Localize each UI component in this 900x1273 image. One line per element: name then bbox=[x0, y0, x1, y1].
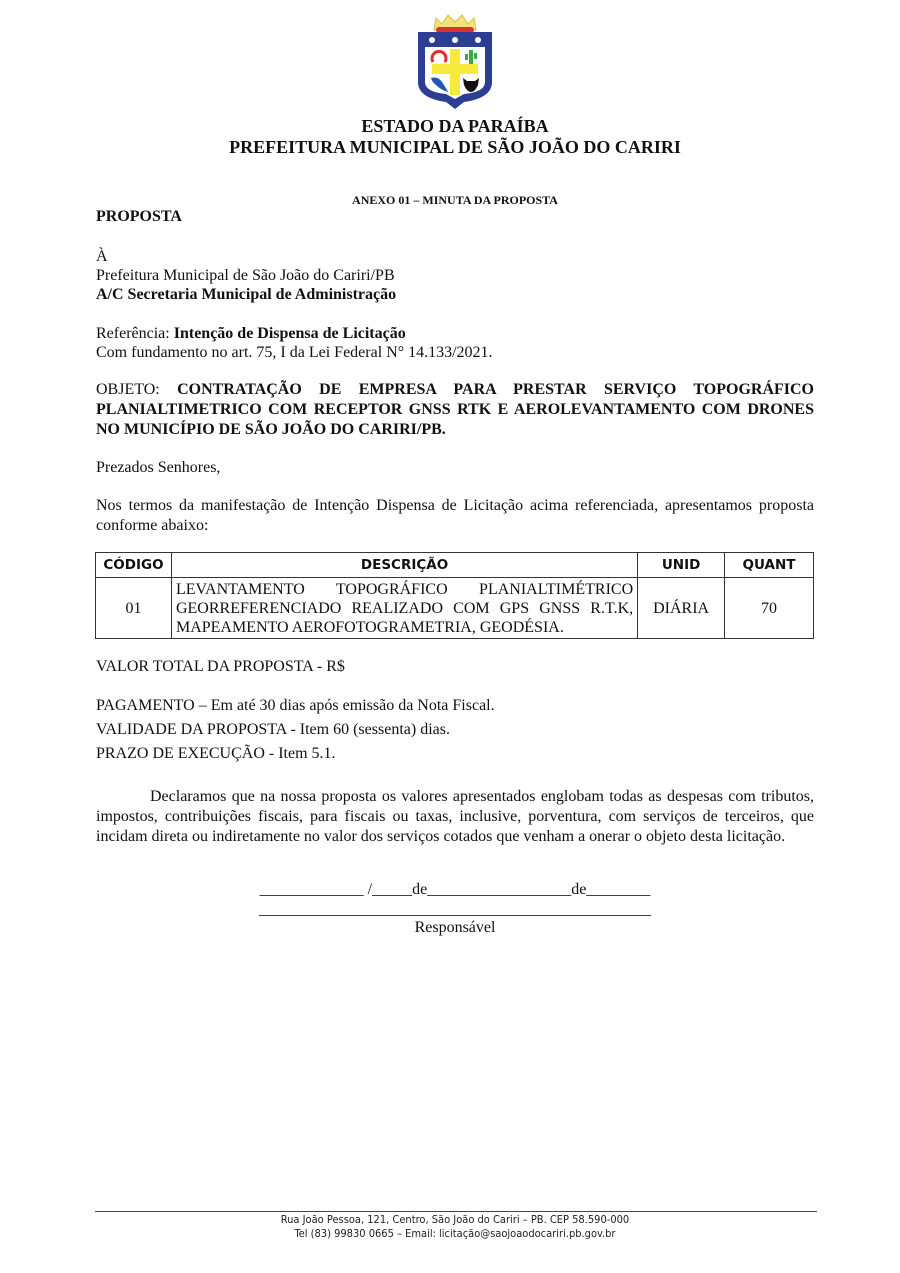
object-label: OBJETO: bbox=[96, 381, 177, 398]
cell-unit: DIÁRIA bbox=[638, 578, 725, 639]
table-header-row: CÓDIGO DESCRIÇÃO UNID QUANT bbox=[96, 553, 814, 578]
date-line: _____________ /_____de__________________… bbox=[0, 881, 900, 899]
municipality-title: PREFEITURA MUNICIPAL DE SÃO JOÃO DO CARI… bbox=[0, 137, 900, 157]
reference-line: Referência: Intenção de Dispensa de Lici… bbox=[96, 324, 406, 343]
column-header-unit: UNID bbox=[638, 553, 725, 578]
reference-value: Intenção de Dispensa de Licitação bbox=[174, 325, 406, 342]
intro-paragraph: Nos termos da manifestação de Intenção D… bbox=[96, 496, 814, 536]
legal-basis: Com fundamento no art. 75, I da Lei Fede… bbox=[96, 343, 493, 362]
items-table: CÓDIGO DESCRIÇÃO UNID QUANT 01 LEVANTAME… bbox=[95, 552, 814, 639]
table-row: 01 LEVANTAMENTO TOPOGRÁFICO PLANIALTIMÉT… bbox=[96, 578, 814, 639]
annex-title: ANEXO 01 – MINUTA DA PROPOSTA bbox=[0, 193, 900, 208]
column-header-description: DESCRIÇÃO bbox=[171, 553, 637, 578]
payment-terms: PAGAMENTO – Em até 30 dias após emissão … bbox=[96, 696, 495, 715]
execution-term: PRAZO DE EXECUÇÃO - Item 5.1. bbox=[96, 744, 336, 763]
object-value: CONTRATAÇÃO DE EMPRESA PARA PRESTAR SERV… bbox=[96, 381, 814, 438]
column-header-code: CÓDIGO bbox=[96, 553, 172, 578]
footer-contact: Tel (83) 99830 0665 – Email: licitação@s… bbox=[0, 1227, 900, 1241]
column-header-quantity: QUANT bbox=[725, 553, 814, 578]
state-title: ESTADO DA PARAÍBA bbox=[0, 116, 900, 136]
attention-line: A/C Secretaria Municipal de Administraçã… bbox=[96, 285, 396, 304]
addressee-prefix: À bbox=[96, 247, 108, 266]
proposal-heading: PROPOSTA bbox=[96, 208, 182, 226]
signature-line: ________________________________________… bbox=[0, 901, 900, 919]
declaration-paragraph: Declaramos que na nossa proposta os valo… bbox=[96, 787, 814, 847]
recipient: Prefeitura Municipal de São João do Cari… bbox=[96, 266, 395, 285]
greeting: Prezados Senhores, bbox=[96, 458, 220, 477]
footer-address: Rua João Pessoa, 121, Centro, São João d… bbox=[0, 1213, 900, 1227]
municipal-coat-of-arms-icon bbox=[414, 12, 496, 112]
signature-label: Responsável bbox=[0, 919, 900, 937]
cell-quantity: 70 bbox=[725, 578, 814, 639]
object-paragraph: OBJETO: CONTRATAÇÃO DE EMPRESA PARA PRES… bbox=[96, 380, 814, 440]
total-value: VALOR TOTAL DA PROPOSTA - R$ bbox=[96, 657, 345, 676]
cell-description: LEVANTAMENTO TOPOGRÁFICO PLANIALTIMÉTRIC… bbox=[171, 578, 637, 639]
reference-label: Referência: bbox=[96, 325, 174, 342]
proposal-validity: VALIDADE DA PROPOSTA - Item 60 (sessenta… bbox=[96, 720, 450, 739]
cell-code: 01 bbox=[96, 578, 172, 639]
footer-divider bbox=[95, 1211, 817, 1212]
